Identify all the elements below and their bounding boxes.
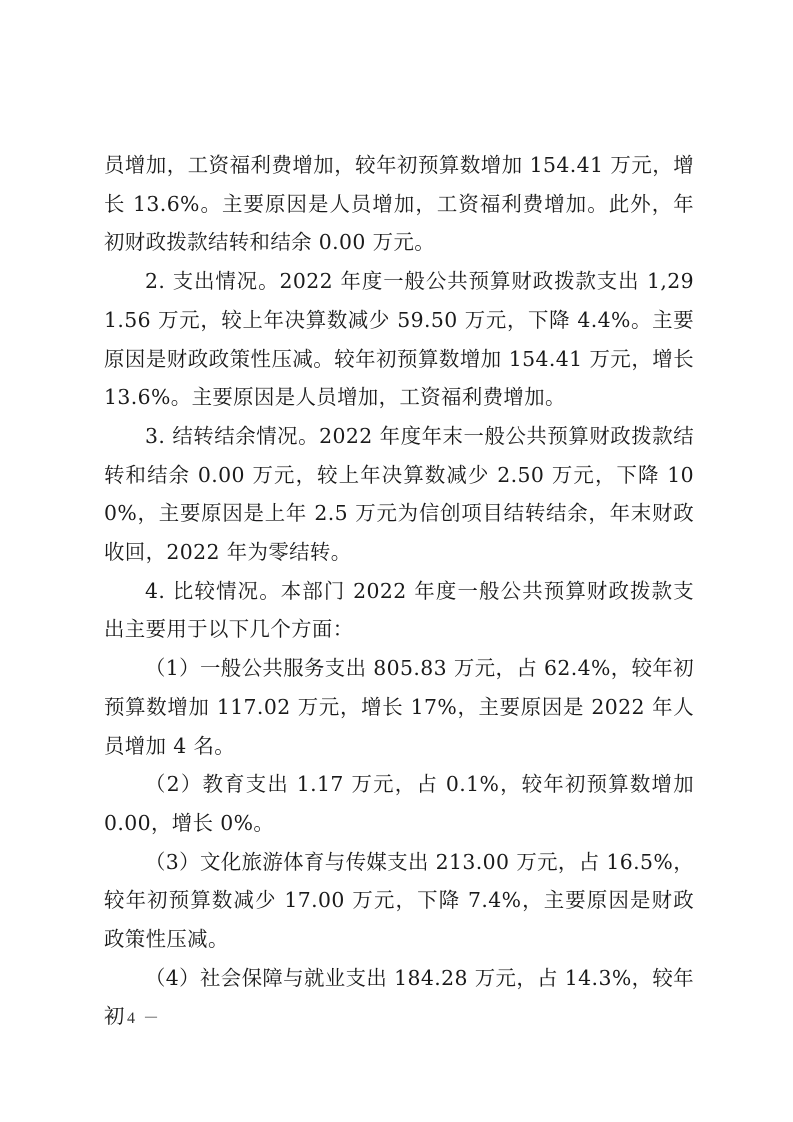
document-page: 员增加，工资福利费增加，较年初预算数增加 154.41 万元，增长 13.6%。… <box>104 146 694 1036</box>
paragraph-item-education: （2）教育支出 1.17 万元，占 0.1%，较年初预算数增加 0.00，增长 … <box>104 765 694 842</box>
paragraph-comparison: 4. 比较情况。本部门 2022 年度一般公共预算财政拨款支出主要用于以下几个方… <box>104 572 694 649</box>
paragraph-continuation: 员增加，工资福利费增加，较年初预算数增加 154.41 万元，增长 13.6%。… <box>104 146 694 262</box>
paragraph-expenditure: 2. 支出情况。2022 年度一般公共预算财政拨款支出 1,291.56 万元，… <box>104 262 694 417</box>
paragraph-item-culture-tourism-sports-media: （3）文化旅游体育与传媒支出 213.00 万元，占 16.5%，较年初预算数减… <box>104 843 694 959</box>
paragraph-carryover: 3. 结转结余情况。2022 年度年末一般公共预算财政拨款结转和结余 0.00 … <box>104 417 694 572</box>
paragraph-item-social-security-employment: （4）社会保障与就业支出 184.28 万元，占 14.3%，较年初 <box>104 959 694 1036</box>
page-number: － 4 － <box>103 1008 161 1030</box>
paragraph-item-general-public-services: （1）一般公共服务支出 805.83 万元，占 62.4%，较年初预算数增加 1… <box>104 649 694 765</box>
